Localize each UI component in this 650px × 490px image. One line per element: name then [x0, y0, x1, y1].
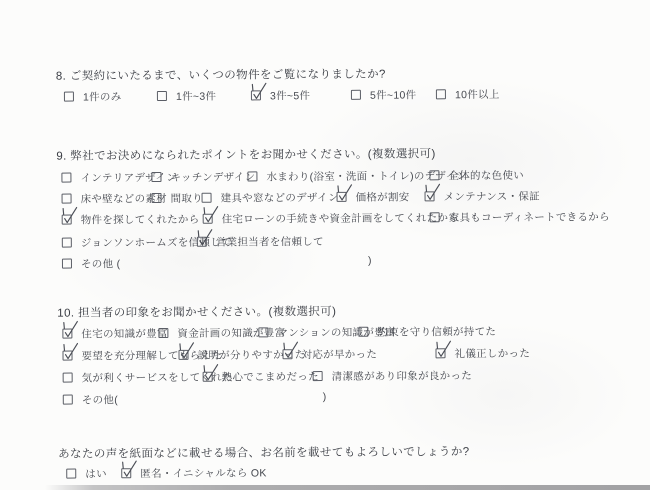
q9-r2-option-3[interactable]: 建具や窓などのデザイン — [202, 190, 339, 205]
checkbox-icon[interactable] — [203, 214, 213, 224]
checkbox-icon[interactable] — [282, 349, 292, 359]
checkbox-icon[interactable] — [66, 469, 76, 479]
option-label: 3件~5件 — [270, 88, 310, 103]
option-label: 家具もコーディネートできるから — [449, 209, 610, 225]
checkbox-icon[interactable] — [62, 329, 72, 339]
q9-r3-option-3[interactable]: 家具もコーディネートできるから — [430, 209, 610, 224]
checkbox-icon[interactable] — [158, 328, 168, 338]
checkbox-icon[interactable] — [197, 237, 207, 247]
answer-blank-close-paren: ) — [323, 391, 327, 403]
checkbox-icon[interactable] — [251, 90, 261, 100]
option-label: その他( — [82, 392, 118, 407]
checkbox-icon[interactable] — [62, 238, 72, 248]
option-label: 価格が割安 — [356, 189, 410, 204]
checkbox-icon[interactable] — [61, 173, 71, 183]
q9-r1-option-4[interactable]: 全体的な色使い — [429, 168, 524, 183]
checkbox-icon[interactable] — [430, 212, 440, 222]
name-consent-title: あなたの声を紙面などに載せる場合、お名前を載せてもよろしいでしょうか? — [58, 443, 469, 460]
option-label: 熱心でこまめだった — [222, 369, 319, 385]
q9-r4-option-2[interactable]: 営業担当者を信頼して — [197, 234, 324, 249]
q8-option-3[interactable]: 3件~5件 — [251, 88, 310, 102]
checkbox-icon[interactable] — [152, 193, 162, 203]
q9-r1-option-2[interactable]: キッチンデザイン — [151, 169, 255, 184]
question-10-row-4: その他( ) — [1, 389, 650, 409]
checkbox-icon[interactable] — [157, 91, 167, 101]
checkbox-icon[interactable] — [63, 373, 73, 383]
checkbox-icon[interactable] — [258, 327, 268, 337]
question-10-title: 10. 担当者の印象をお聞かせください。(複数選択可) — [57, 303, 336, 319]
checkbox-icon[interactable] — [429, 170, 439, 180]
option-label: 物件を探してくれたから — [81, 211, 200, 227]
question-8-title: 8. ご契約にいたるまで、いくつの物件をご覧になりましたか? — [56, 66, 386, 82]
question-9-title: 9. 弊社でお決めになられたポイントをお聞かせください。(複数選択可) — [56, 145, 436, 161]
option-label: 清潔感があり印象が良かった — [332, 368, 472, 384]
q10-r1-option-4[interactable]: 約束を守り信頼が持てた — [358, 324, 496, 339]
question-9-row-1: インテリアデザイン キッチンデザイン 水まわり(浴室・洗面・トイレ)のデザイン … — [0, 167, 649, 187]
checkbox-icon[interactable] — [247, 171, 257, 181]
option-label: 匿名・イニシャルなら OK — [140, 465, 266, 481]
q9-r2-option-4[interactable]: 価格が割安 — [337, 189, 410, 203]
q9-r2-option-2[interactable]: 間取り — [152, 191, 203, 205]
checkbox-icon[interactable] — [63, 395, 73, 405]
checkbox-icon[interactable] — [62, 351, 72, 361]
consent-option-yes[interactable]: はい — [66, 466, 107, 480]
question-9-row-2: 床や壁などの素材 間取り 建具や窓などのデザイン 価格が割安 メンテナンス・保証 — [0, 188, 650, 208]
checkbox-icon[interactable] — [178, 350, 188, 360]
option-label: 1件~3件 — [176, 88, 216, 103]
q10-r2-option-3[interactable]: 対応が早かった — [282, 347, 377, 362]
scan-edge-shadow — [45, 485, 650, 490]
option-label: はい — [85, 466, 107, 481]
survey-content: 8. ご契約にいたるまで、いくつの物件をご覧になりましたか? 1件のみ 1件~3… — [0, 0, 650, 490]
option-label: 間取り — [171, 190, 203, 205]
checkbox-icon[interactable] — [337, 192, 347, 202]
checkbox-icon[interactable] — [202, 193, 212, 203]
option-label: その他 ( — [81, 256, 121, 271]
option-label: 1件のみ — [83, 89, 122, 104]
answer-blank-close-paren: ) — [368, 255, 372, 267]
question-8-options-row: 1件のみ 1件~3件 3件~5件 5件~10件 10件以上 — [0, 86, 649, 106]
q8-option-2[interactable]: 1件~3件 — [157, 89, 216, 103]
question-10-row-1: 住宅の知識が豊富 資金計画の知識が豊富 マンションの知識が豊富 約束を守り信頼が… — [0, 323, 650, 343]
question-9-row-5: その他 ( ) — [0, 253, 650, 273]
q8-option-4[interactable]: 5件~10件 — [351, 87, 417, 101]
option-label: 10件以上 — [455, 86, 500, 101]
option-label: メンテナンス・保証 — [444, 188, 540, 204]
checkbox-icon[interactable] — [358, 327, 368, 337]
q8-option-5[interactable]: 10件以上 — [436, 87, 500, 101]
option-label: 建具や窓などのデザイン — [221, 189, 339, 205]
checkbox-icon[interactable] — [313, 371, 323, 381]
consent-option-anonymous[interactable]: 匿名・イニシャルなら OK — [121, 465, 266, 480]
option-label: 約束を守り信頼が持てた — [377, 323, 496, 339]
question-10-row-3: 気が利くサービスをしてくれた 熱心でこまめだった 清潔感があり印象が良かった — [1, 367, 650, 387]
checkbox-icon[interactable] — [62, 259, 72, 269]
checkbox-icon[interactable] — [351, 90, 361, 100]
checkbox-icon[interactable] — [62, 194, 72, 204]
q8-option-1[interactable]: 1件のみ — [64, 89, 122, 103]
name-consent-options-row: はい 匿名・イニシャルなら OK — [1, 463, 650, 483]
q10-r3-option-2[interactable]: 熱心でこまめだった — [203, 369, 319, 384]
option-label: 住宅の知識が豊富 — [81, 325, 167, 341]
q9-r3-option-1[interactable]: 物件を探してくれたから — [62, 212, 200, 227]
option-label: キッチンデザイン — [170, 169, 255, 185]
q9-r3-option-2[interactable]: 住宅ローンの手続きや資金計画をしてくれたから — [203, 210, 459, 226]
option-label: 住宅ローンの手続きや資金計画をしてくれたから — [222, 210, 459, 226]
option-label: 全体的な色使い — [448, 167, 524, 182]
q9-other-option[interactable]: その他 ( — [62, 256, 121, 270]
question-9-row-4: ジョンソンホームズを信頼して 営業担当者を信頼して — [0, 232, 650, 252]
q10-r1-option-1[interactable]: 住宅の知識が豊富 — [62, 326, 167, 341]
q9-r2-option-5[interactable]: メンテナンス・保証 — [425, 189, 540, 204]
survey-sheet: 8. ご契約にいたるまで、いくつの物件をご覧になりましたか? 1件のみ 1件~3… — [0, 0, 650, 490]
checkbox-icon[interactable] — [435, 348, 445, 358]
question-9-row-3: 物件を探してくれたから 住宅ローンの手続きや資金計画をしてくれたから 家具もコー… — [0, 209, 650, 229]
checkbox-icon[interactable] — [121, 468, 131, 478]
option-label: 対応が早かった — [301, 346, 377, 361]
checkbox-icon[interactable] — [436, 89, 446, 99]
checkbox-icon[interactable] — [151, 172, 161, 182]
q10-other-option[interactable]: その他( — [63, 392, 118, 406]
option-label: 5件~10件 — [370, 87, 417, 102]
checkbox-icon[interactable] — [203, 372, 213, 382]
checkbox-icon[interactable] — [64, 92, 74, 102]
q10-r2-option-4[interactable]: 礼儀正しかった — [435, 346, 530, 361]
option-label: 礼儀正しかった — [454, 345, 530, 360]
question-10-row-2: 要望を充分理解してもらえた 説明が分りやすかった 対応が早かった 礼儀正しかった — [0, 345, 650, 365]
q10-r3-option-3[interactable]: 清潔感があり印象が良かった — [313, 368, 472, 383]
option-label: 営業担当者を信頼して — [216, 234, 324, 250]
checkbox-icon[interactable] — [425, 191, 435, 201]
checkbox-icon[interactable] — [62, 215, 72, 225]
